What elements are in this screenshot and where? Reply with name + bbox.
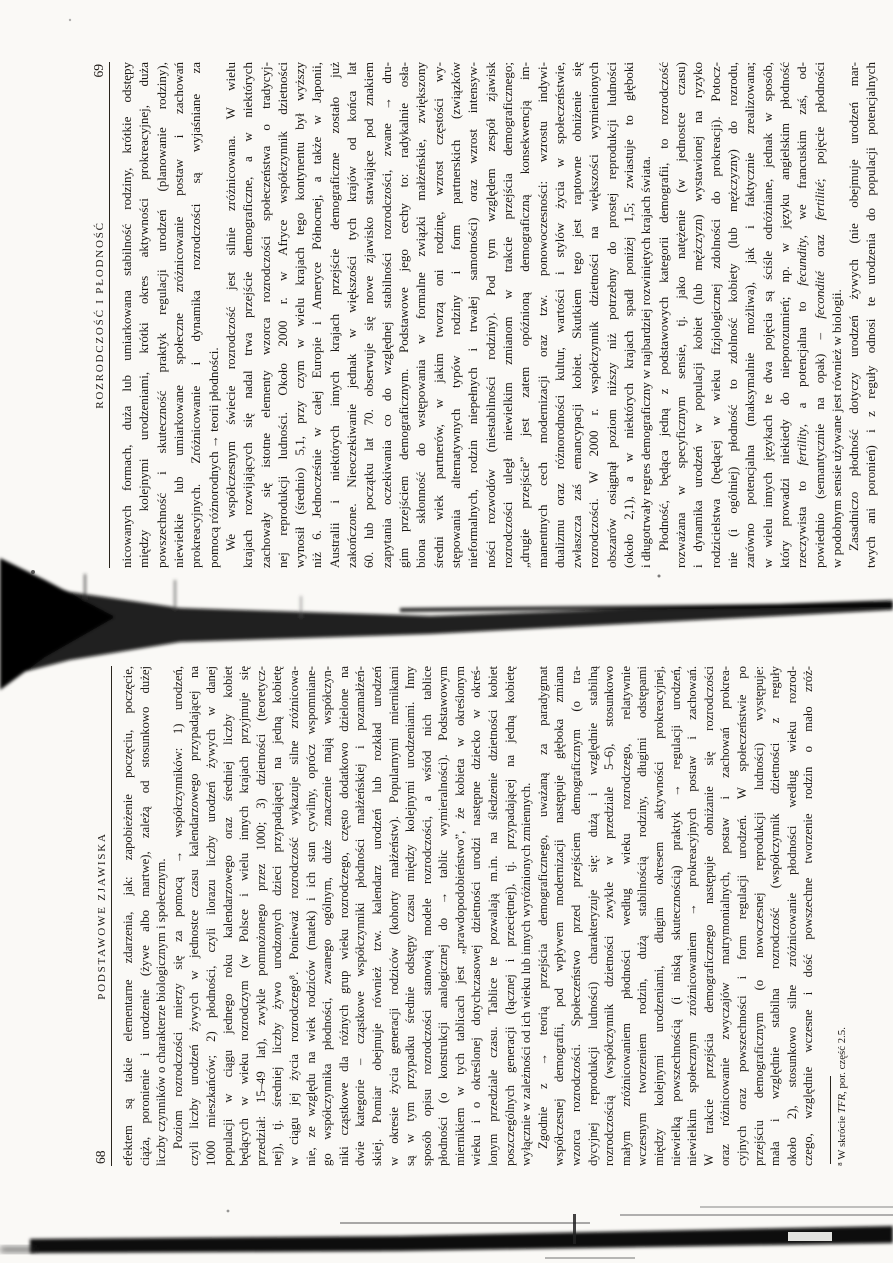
bottom-edge-artifact <box>0 1206 893 1259</box>
text-line: nej reprodukcji ludności. Około 2000 r. … <box>274 62 291 568</box>
text-line: niż 6. Jednocześnie w całej Europie i Am… <box>308 62 325 568</box>
text-line: 1000 mieszkańców; 2) płodności, czyli il… <box>203 666 220 1166</box>
text-line: rozrodczości uległ niewielkim zmianom w … <box>499 62 516 568</box>
text-line: wieku i o określonej dotychczasowej dzie… <box>468 666 485 1166</box>
page-69-text-block: nicowanych formach, duża lub umiarkowana… <box>118 62 880 568</box>
running-head-title: PODSTAWOWE ZJAWISKA <box>96 832 108 1000</box>
text-line: czego, względnie wczesne i dość powszech… <box>800 666 817 1166</box>
text-line: liczby czynników o charakterze biologicz… <box>153 666 170 1166</box>
text-line: będących w wieku rozrodczym (w Polsce i … <box>236 666 253 1166</box>
text-line: sposób opisu rozrodczości stanowią model… <box>419 666 436 1166</box>
text-line: między kolejnymi urodzeniami, krótki okr… <box>135 62 152 568</box>
text-line: w wielu innych językach te dwa pojęcia s… <box>759 62 776 568</box>
text-line: zarówno potencjalna (maksymalnie możliwa… <box>741 62 758 568</box>
text-line: biona skłonność do wstępowania w formaln… <box>412 62 429 568</box>
footnote-text: ⁸ W skrócie TFR, por. część 2.5. <box>836 666 849 1166</box>
text-line: nie, ze względu na wiek rodziców (matek)… <box>303 666 320 1166</box>
text-line: populacji w ciągu jednego roku kalendarz… <box>220 666 237 1166</box>
text-line: W trakcie przejścia demograficznego nast… <box>701 666 718 1166</box>
text-line: niewielkie lub umiarkowane społeczne zró… <box>170 62 187 568</box>
text-line: poszczególnych generacji (łącznej i prze… <box>502 666 519 1166</box>
text-line: cyjnych oraz powszechności i form regula… <box>734 666 751 1166</box>
text-line: skiej. Pomiar obejmuje również tzw. kale… <box>369 666 386 1166</box>
text-line: niewielkim społecznym zróżnicowaniem → p… <box>684 666 701 1166</box>
text-line: efektem są takie elementarne zdarzenia, … <box>120 666 137 1166</box>
text-line: dycyjnej reprodukcji ludności) charakter… <box>585 666 602 1166</box>
text-line: przedział: 15–49 lat), zwykle pomnożoneg… <box>253 666 270 1166</box>
text-line: Zasadniczo płodność dotyczy urodzeń żywy… <box>845 62 862 568</box>
text-line: przejściu demograficznym (o nowoczesnej … <box>751 666 768 1166</box>
text-line: w ciągu jej życia rozrodczego⁸. Ponieważ… <box>286 666 303 1166</box>
text-line: krajach rozwijających się nadal trwa prz… <box>239 62 256 568</box>
text-line: ciąża, poronienie i urodzenie (żywe albo… <box>137 666 154 1166</box>
text-line: który prowadzi niekiedy do nieporozumień… <box>776 62 793 568</box>
running-head-title: ROZRODCZOŚĆ I PŁODNOŚĆ <box>94 221 106 409</box>
text-line: w podobnym sensie używane jest również w… <box>828 62 845 568</box>
text-line: rodzicielstwa (będącej w wieku fizjologi… <box>707 62 724 568</box>
text-line: stępowania alternatywnych typów rodziny … <box>447 62 464 568</box>
text-line: Płodność, będąca jedną z podstawowych ka… <box>655 62 672 568</box>
text-line: rozważana w specyficznym sensie, tj. jak… <box>672 62 689 568</box>
text-line: rzeczywista to fertility, a potencjalna … <box>793 62 810 568</box>
text-line: powszechność i skuteczność praktyk regul… <box>153 62 170 568</box>
text-line: Australii i niektórych innych krajach pr… <box>326 62 343 568</box>
text-line: są w tym przypadku średnie odstępy czasu… <box>402 666 419 1166</box>
text-line: mała i względnie stabilna rozrodczość (w… <box>767 666 784 1166</box>
text-line: lonym przedziale czasu. Tablice te pozwa… <box>485 666 502 1166</box>
running-head-page-68: PODSTAWOWE ZJAWISKA 68 <box>78 666 112 1166</box>
text-line: nie (i ogólniej) płodność to zdolność ko… <box>724 62 741 568</box>
text-line: prokreacyjnych. Zróżnicowanie i dynamika… <box>187 62 204 568</box>
text-line: „drugie przejście” jest zatem opóźnioną … <box>516 62 533 568</box>
text-line: dwie kategorie – cząstkowe współczynniki… <box>352 666 369 1166</box>
text-line: Poziom rozrodczości mierzy się za pomocą… <box>170 666 187 1166</box>
text-line: współczesnej demografii, pod wpływem mod… <box>551 666 568 1166</box>
text-line: małym zróżnicowaniem płodności według wi… <box>618 666 635 1166</box>
text-line: ności rozwodów (niestabilności rodziny).… <box>482 62 499 568</box>
text-line: około 2), stosunkowo silne zróżnicowanie… <box>784 666 801 1166</box>
text-line: wzorca rozrodczości. Społeczeństwo przed… <box>568 666 585 1166</box>
page-68-text-block: efektem są takie elementarne zdarzenia, … <box>120 666 880 1166</box>
text-line: wczesnym tworzeniem rodzin, dużą stabiln… <box>634 666 651 1166</box>
text-line: dualizmu oraz różnorodności kultur, wart… <box>551 62 568 568</box>
text-line: w okresie życia generacji rodziców (koho… <box>386 666 403 1166</box>
text-line: płodności (o konstrukcji analogicznej do… <box>435 666 452 1166</box>
text-line: gim przejściem demograficznym. Podstawow… <box>395 62 412 568</box>
running-head-page-69: ROZRODCZOŚĆ I PŁODNOŚĆ 69 <box>76 62 110 568</box>
text-line: nicowanych formach, duża lub umiarkowana… <box>118 62 135 568</box>
page-number-68: 68 <box>93 1151 109 1165</box>
scanned-book-spread: { "colors":{"paper":"#faf9f6","ink":"#1b… <box>0 0 893 1263</box>
text-line: miernikiem w tych tablicach jest „prawdo… <box>452 666 469 1166</box>
text-line: i długotrwały regres demograficzny w naj… <box>637 62 654 568</box>
text-line: rozrodczości. W 2000 r. współczynnik dzi… <box>585 62 602 568</box>
text-line: zapytania oczekiwania co do względnej st… <box>378 62 395 568</box>
text-line: nieformalnych, rodzin niepełnych i trwał… <box>464 62 481 568</box>
page-number-69: 69 <box>91 64 107 78</box>
text-line: (około 2,1), a w niektórych krajach spad… <box>620 62 637 568</box>
text-line: 60. lub początku lat 70. obserwuje się n… <box>360 62 377 568</box>
text-line: powiednio (semantycznie na opak) – fecon… <box>811 62 828 568</box>
text-line: średni wiek partnerów, w jakim tworzą on… <box>430 62 447 568</box>
text-line: Zgodnie z → teorią przejścia demograficz… <box>535 666 552 1166</box>
text-line: nej), tj. średniej liczby żywo urodzonyc… <box>269 666 286 1166</box>
text-line: rozrodczością (współczynnik dzietności z… <box>601 666 618 1166</box>
text-line: czyli liczby urodzeń żywych w jednostce … <box>186 666 203 1166</box>
text-line: niewielką powszechnością (i niską skutec… <box>668 666 685 1166</box>
text-line: zachowały się istotne elementy wzorca ro… <box>257 62 274 568</box>
text-line: niki cząstkowe dla różnych grup wieku ro… <box>336 666 353 1166</box>
text-line: zwłaszcza zaś emancypacji kobiet. Skutki… <box>568 62 585 568</box>
text-line: obszarów osiągnął poziom niższy niż potr… <box>603 62 620 568</box>
text-line: wyłącznie w zależności od ich wieku lub … <box>518 666 535 1166</box>
text-line: twych ani poronień) i z reguły odnosi te… <box>862 62 879 568</box>
footnote-rule <box>830 1076 831 1164</box>
text-line: wynosił (średnio) 5,1, przy czym w wielu… <box>291 62 308 568</box>
text-line: i dynamika urodzeń w populacji kobiet (l… <box>689 62 706 568</box>
text-line: manentnych cech modernizacji oraz tzw. p… <box>534 62 551 568</box>
text-line: pomocą różnorodnych → teorii płodności. <box>205 62 222 568</box>
text-line: oraz różnicowanie zwyczajów matrymonialn… <box>717 666 734 1166</box>
text-line: między kolejnymi urodzeniami, długim okr… <box>651 666 668 1166</box>
text-line: zakończone. Nieoczekiwanie jednak w więk… <box>343 62 360 568</box>
text-line: We współczesnym świecie rozrodczość jest… <box>222 62 239 568</box>
text-line: go współczynnika płodności, zwanego ogól… <box>319 666 336 1166</box>
